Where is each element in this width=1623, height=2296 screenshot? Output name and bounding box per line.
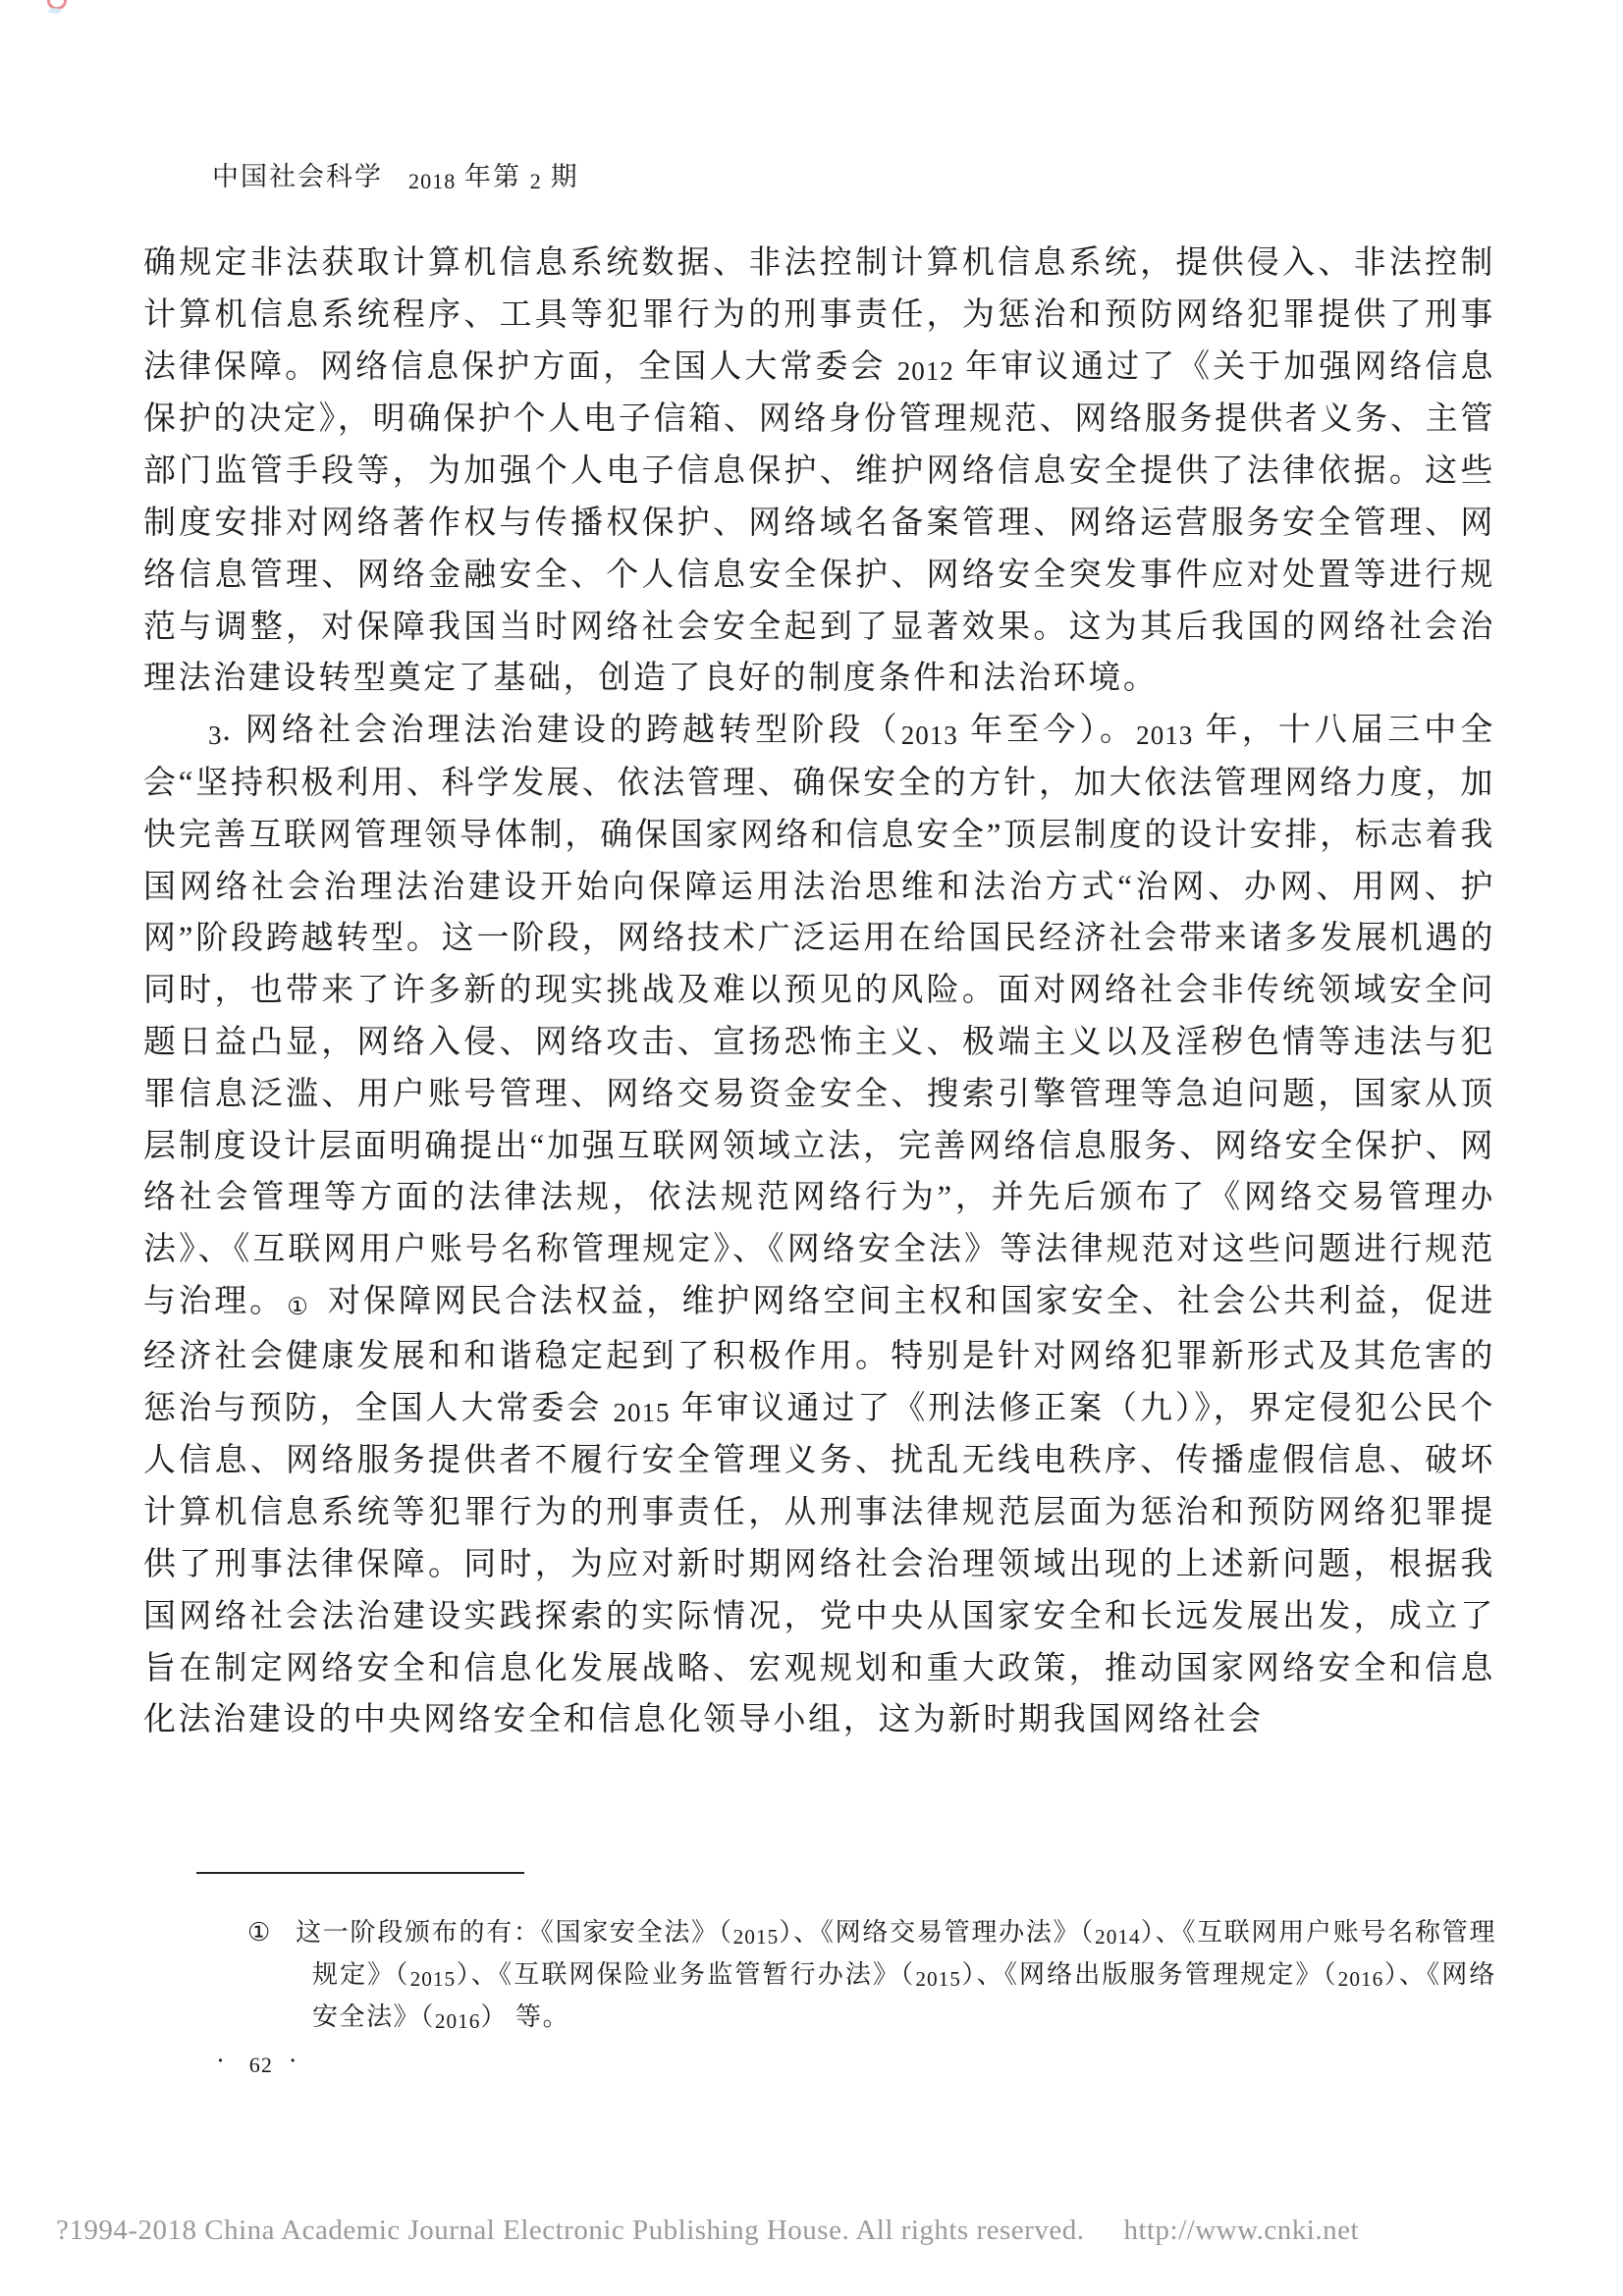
document-page: 中国社会科学2018 年第 2 期 确规定非法获取计算机信息系统数据、非法控制计…: [0, 0, 1623, 2296]
journal-title: 中国社会科学: [212, 162, 383, 191]
footnotes: ①这一阶段颁布的有：《国家安全法》（2015）、《网络交易管理办法》（2014）…: [247, 1912, 1496, 2039]
page-number: · 62 ·: [216, 2046, 306, 2076]
footer-url: http://www.cnki.net: [1123, 2215, 1359, 2246]
footer-copyright-text: ?1994-2018 China Academic Journal Electr…: [56, 2215, 1084, 2246]
paragraph-1: 确规定非法获取计算机信息系统数据、非法控制计算机信息系统，提供侵入、非法控制计算…: [143, 238, 1495, 705]
issue-info: 2018 年第 2 期: [408, 162, 579, 191]
scan-artifact-mark: [45, 0, 67, 16]
footnote-separator-rule: [196, 1872, 524, 1874]
scan-artifact-blue-smudge: [48, 8, 61, 14]
footer-credit: ?1994-2018 China Academic Journal Electr…: [56, 2215, 1359, 2247]
paragraph-2: 3. 网络社会治理法治建设的跨越转型阶段（2013 年至今）。2013 年，十八…: [143, 705, 1495, 1746]
footnote-marker: ①: [247, 1918, 272, 1947]
running-head: 中国社会科学2018 年第 2 期: [212, 155, 579, 193]
body-text: 确规定非法获取计算机信息系统数据、非法控制计算机信息系统，提供侵入、非法控制计算…: [143, 238, 1495, 1746]
footnote-item-1: ①这一阶段颁布的有：《国家安全法》（2015）、《网络交易管理办法》（2014）…: [247, 1912, 1496, 2039]
